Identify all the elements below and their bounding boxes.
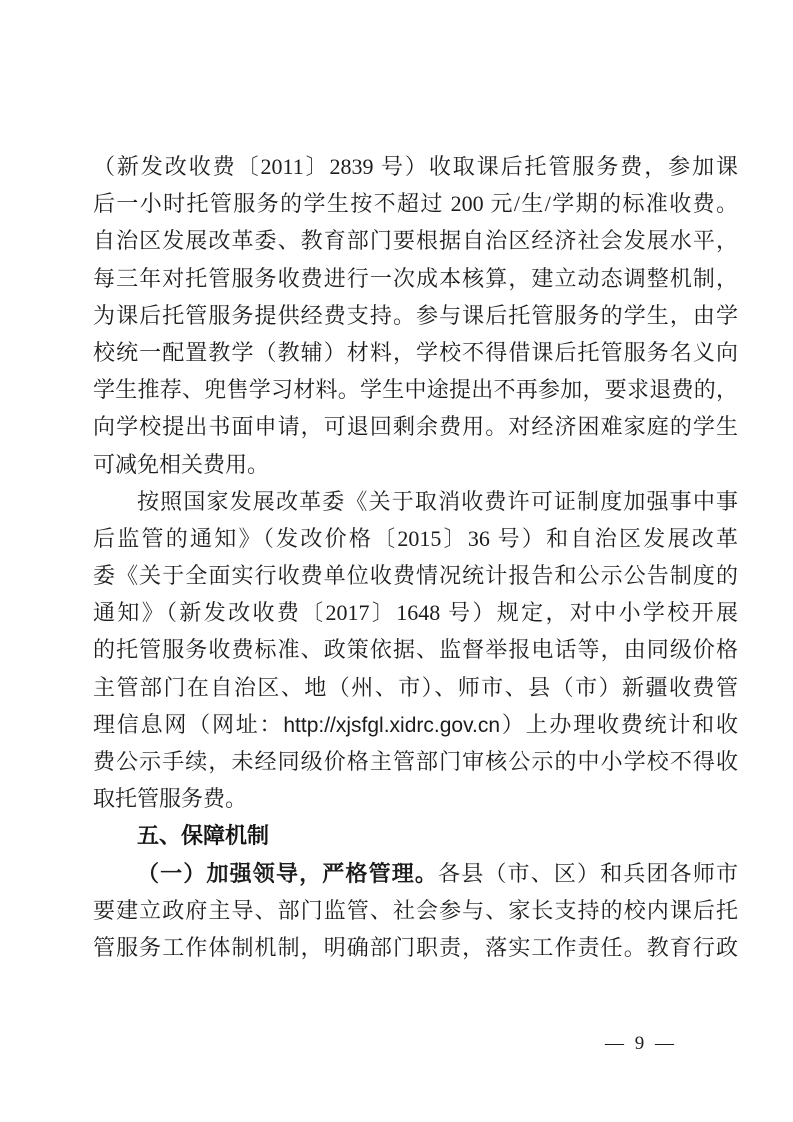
text-line: 后一小时托管服务的学生按不超过 200 元/生/学期的标准收费。 <box>93 185 738 222</box>
text-line: 主管部门在自治区、地（州、市）、师市、县（市）新疆收费管 <box>93 669 738 706</box>
document-page: （新发改收费〔2011〕2839 号）收取课后托管服务费，参加课后一小时托管服务… <box>0 0 793 1122</box>
text-line: （新发改收费〔2011〕2839 号）收取课后托管服务费，参加课 <box>93 148 738 185</box>
text-line: 按照国家发展改革委《关于取消收费许可证制度加强事中事 <box>93 483 738 520</box>
para-strengthen-leadership: （一）加强领导，严格管理。各县（市、区）和兵团各师市要建立政府主导、部门监管、社… <box>93 855 738 967</box>
text-line: 的托管服务收费标准、政策依据、监督举报电话等，由同级价格 <box>93 631 738 668</box>
url-text: http://xjsfgl.xidrc.gov.cn <box>283 714 500 737</box>
document-body: （新发改收费〔2011〕2839 号）收取课后托管服务费，参加课后一小时托管服务… <box>93 148 738 966</box>
para-tuoguan-fee-policy: （新发改收费〔2011〕2839 号）收取课后托管服务费，参加课后一小时托管服务… <box>93 148 738 483</box>
text-line: 通知》（新发改收费〔2017〕1648 号）规定，对中小学校开展 <box>93 594 738 631</box>
text-line: 向学校提出书面申请，可退回剩余费用。对经济困难家庭的学生 <box>93 408 738 445</box>
text-line: 理信息网（网址：http://xjsfgl.xidrc.gov.cn）上办理收费… <box>93 706 738 743</box>
heading-section-5-guarantee-mechanism: 五、保障机制 <box>93 817 738 854</box>
text-segment: 理信息网（网址： <box>93 712 283 737</box>
text-line: 每三年对托管服务收费进行一次成本核算，建立动态调整机制， <box>93 260 738 297</box>
page-number: — 9 — <box>605 1033 677 1055</box>
text-segment: （一）加强领导，严格管理。 <box>137 861 438 886</box>
text-segment: 各县（市、区）和兵团各师市 <box>438 861 738 886</box>
text-line: （一）加强领导，严格管理。各县（市、区）和兵团各师市 <box>93 855 738 892</box>
text-line: 后监管的通知》（发改价格〔2015〕36 号）和自治区发展改革 <box>93 520 738 557</box>
text-line: 学生推荐、兜售学习材料。学生中途提出不再参加，要求退费的， <box>93 371 738 408</box>
text-line: 委《关于全面实行收费单位收费情况统计报告和公示公告制度的 <box>93 557 738 594</box>
text-line: 管服务工作体制机制，明确部门职责，落实工作责任。教育行政 <box>93 929 738 966</box>
text-line: 为课后托管服务提供经费支持。参与课后托管服务的学生，由学 <box>93 297 738 334</box>
text-line: 取托管服务费。 <box>93 780 738 817</box>
para-fee-publicity-rules: 按照国家发展改革委《关于取消收费许可证制度加强事中事后监管的通知》（发改价格〔2… <box>93 483 738 818</box>
text-segment: ）上办理收费统计和收 <box>500 712 738 737</box>
text-line: 自治区发展改革委、教育部门要根据自治区经济社会发展水平， <box>93 222 738 259</box>
text-line: 可减免相关费用。 <box>93 446 738 483</box>
text-line: 费公示手续，未经同级价格主管部门审核公示的中小学校不得收 <box>93 743 738 780</box>
text-line: 要建立政府主导、部门监管、社会参与、家长支持的校内课后托 <box>93 892 738 929</box>
text-line: 校统一配置教学（教辅）材料，学校不得借课后托管服务名义向 <box>93 334 738 371</box>
